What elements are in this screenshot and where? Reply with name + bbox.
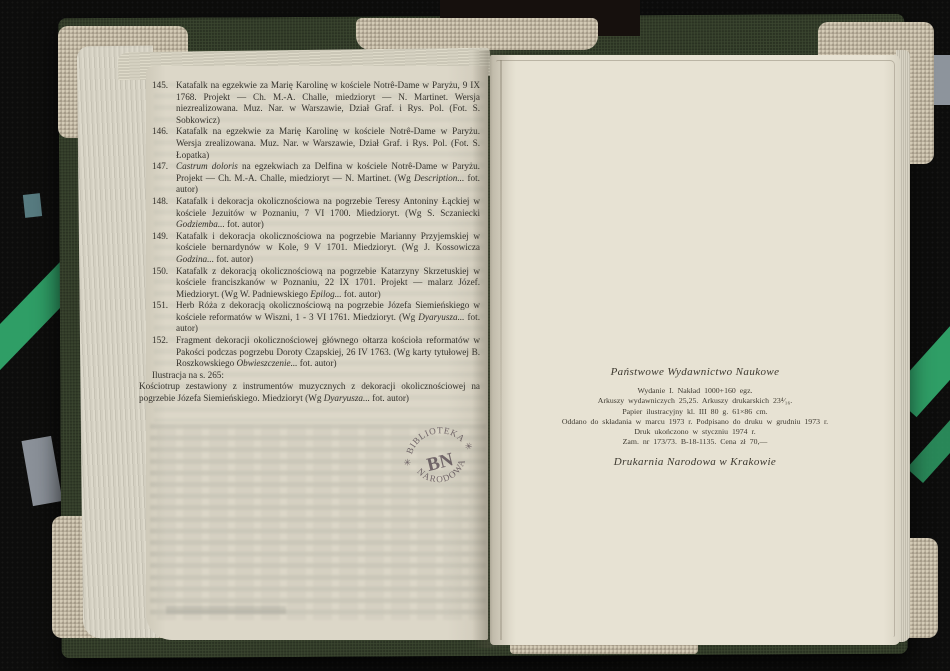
- list-entry: 151.Herb Róża z dekoracją okolicznościow…: [152, 300, 480, 335]
- entry-text-segment: fot. autor): [225, 219, 264, 229]
- entry-text-segment: Katafalk i dekoracja okolicznościowa na …: [176, 231, 480, 253]
- list-entry: 149.Katafalk i dekoracja okolicznościowa…: [152, 231, 480, 266]
- illustration-list: 145.Katafalk na egzekwie za Marię Karoli…: [152, 80, 480, 405]
- entry-number: 150.: [152, 266, 176, 301]
- list-entry: 148.Katafalk i dekoracja okolicznościowa…: [152, 196, 480, 231]
- colophon-line: Arkuszy wydawniczych 25,25. Arkuszy druk…: [520, 396, 870, 406]
- colophon-block: Państwowe Wydawnictwo Naukowe Wydanie I.…: [520, 366, 870, 468]
- illustration-note-label: Ilustracja na s. 265:: [152, 370, 480, 382]
- entry-text-segment: fot. autor): [297, 358, 336, 368]
- illustration-note-text: Kościotrup zestawiony z instrumentów muz…: [139, 381, 480, 404]
- entry-text: Katafalk i dekoracja okolicznościowa na …: [176, 231, 480, 266]
- entry-text: Fragment dekoracji okolicznościowej głów…: [176, 335, 480, 370]
- entry-number: 145.: [152, 80, 176, 126]
- entry-number: 149.: [152, 231, 176, 266]
- entry-text: Katafalk z dekoracją okolicznościową na …: [176, 266, 480, 301]
- entry-number: 148.: [152, 196, 176, 231]
- colophon-line: Oddano do składania w marcu 1973 r. Podp…: [520, 417, 870, 427]
- printer-name: Drukarnia Narodowa w Krakowie: [520, 456, 870, 468]
- gutter-crease-line: [500, 60, 502, 640]
- entry-text-italic: Godzina...: [176, 254, 214, 264]
- colophon-lines: Wydanie I. Nakład 1000+160 egz.Arkuszy w…: [520, 386, 870, 448]
- entry-text-segment: Katafalk na egzekwie za Marię Karolinę w…: [176, 126, 480, 159]
- entry-text-italic: Godziemba...: [176, 219, 225, 229]
- list-entry: 146.Katafalk na egzekwie za Marię Karoli…: [152, 126, 480, 161]
- entry-text: Katafalk na egzekwie za Marię Karolinę w…: [176, 80, 480, 126]
- entry-text-segment: fot. autor): [370, 393, 409, 403]
- entry-text-italic: Dyaryusza...: [418, 312, 464, 322]
- entry-text: Katafalk na egzekwie za Marię Karolinę w…: [176, 126, 480, 161]
- list-entry: 150.Katafalk z dekoracją okolicznościową…: [152, 266, 480, 301]
- entry-text-segment: fot. autor): [342, 289, 381, 299]
- entry-text-segment: Kościotrup zestawiony z instrumentów muz…: [139, 381, 480, 403]
- book-gutter-shadow: [472, 50, 510, 648]
- entry-number: 152.: [152, 335, 176, 370]
- list-entry: 147.Castrum doloris na egzekwiach za Del…: [152, 161, 480, 196]
- entry-text-italic: Castrum doloris: [176, 161, 238, 171]
- entry-number: 147.: [152, 161, 176, 196]
- page-edge-line: [496, 60, 895, 637]
- colophon-line: Papier ilustracyjny kl. III 80 g. 61×86 …: [520, 407, 870, 417]
- list-entry: 152.Fragment dekoracji okolicznościowej …: [152, 335, 480, 370]
- entry-text-segment: Katafalk i dekoracja okolicznościowa na …: [176, 196, 480, 218]
- publisher-name: Państwowe Wydawnictwo Naukowe: [520, 366, 870, 378]
- background-gray-patch-right: [933, 55, 950, 105]
- entry-number: 146.: [152, 126, 176, 161]
- show-through-ghost-footer: [166, 606, 286, 614]
- entry-text: Herb Róża z dekoracją okolicznościową na…: [176, 300, 480, 335]
- entry-text-segment: fot. autor): [214, 254, 253, 264]
- colophon-line: Zam. nr 173/73. B-18-1135. Cena zł 70,—: [520, 437, 870, 447]
- entry-text: Katafalk i dekoracja okolicznościowa na …: [176, 196, 480, 231]
- entry-text-italic: Dyaryusza...: [324, 393, 370, 403]
- entry-text-italic: Obwieszczenie...: [236, 358, 297, 368]
- left-page: 145.Katafalk na egzekwie za Marię Karoli…: [146, 66, 488, 640]
- background-teal-patch: [23, 193, 42, 218]
- entry-number: 151.: [152, 300, 176, 335]
- right-page: Państwowe Wydawnictwo Naukowe Wydanie I.…: [490, 55, 900, 645]
- spine-headcap-fabric: [356, 18, 598, 50]
- list-entry: 145.Katafalk na egzekwie za Marię Karoli…: [152, 80, 480, 126]
- photo-open-book: 145.Katafalk na egzekwie za Marię Karoli…: [0, 0, 950, 671]
- entry-text-italic: Epilog...: [310, 289, 341, 299]
- background-gray-patch-left: [21, 436, 62, 506]
- entry-text-italic: Description...: [414, 173, 464, 183]
- entry-text: Castrum doloris na egzekwiach za Delfina…: [176, 161, 480, 196]
- colophon-line: Wydanie I. Nakład 1000+160 egz.: [520, 386, 870, 396]
- entry-text-segment: Katafalk na egzekwie za Marię Karolinę w…: [176, 80, 480, 125]
- colophon-line: Druk ukończono w styczniu 1974 r.: [520, 427, 870, 437]
